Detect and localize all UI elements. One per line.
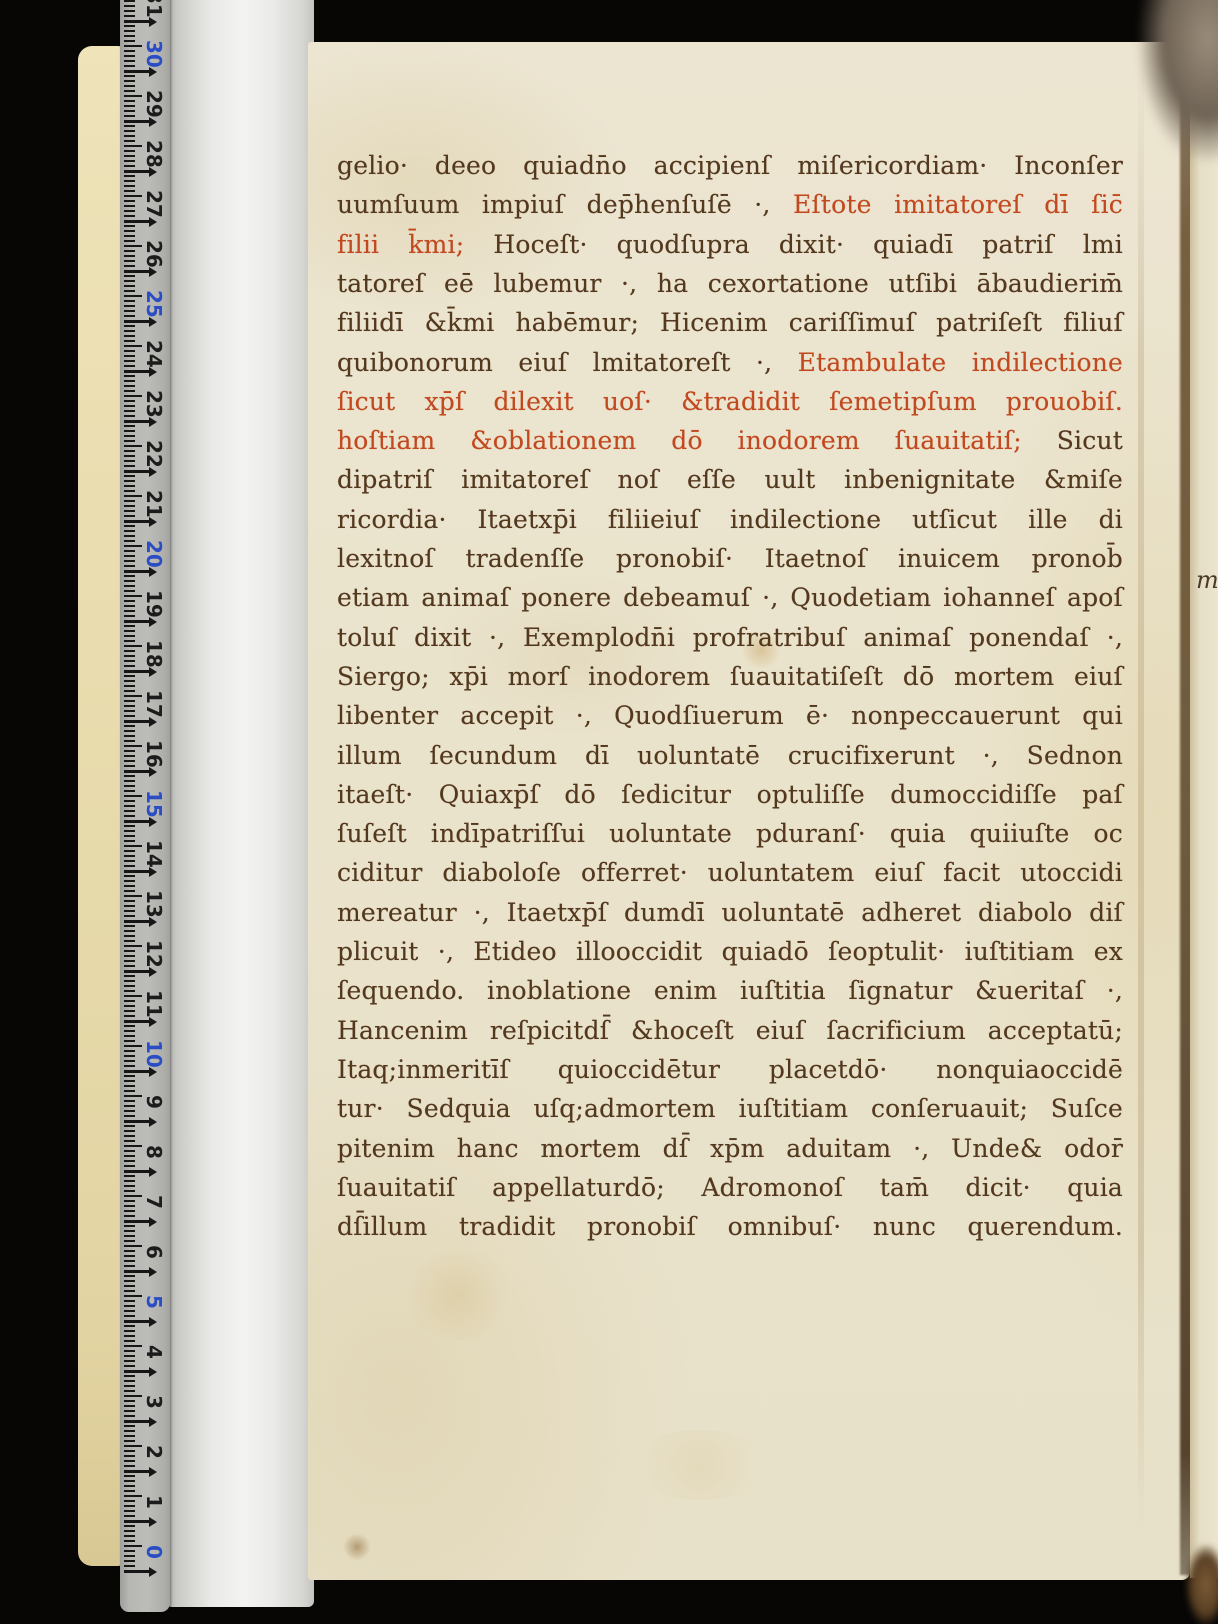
ruler-tick — [124, 395, 142, 397]
ruler-tick — [124, 1305, 135, 1307]
ruler-tick-arrow — [149, 1467, 157, 1477]
ruler-tick — [124, 905, 135, 907]
ruler-tick — [124, 1105, 135, 1107]
manuscript-line: dſ̄illum tradidit pronobiſ omnibuſ· nunc… — [337, 1207, 1123, 1246]
ruler-tick — [124, 1525, 135, 1527]
ruler-tick — [124, 275, 135, 277]
ruler-tick-arrow — [149, 17, 157, 27]
manuscript-line: hoſtiam &oblationem dō inodorem ſuauitat… — [337, 421, 1123, 460]
ruler-tick — [124, 185, 135, 187]
ruler-tick — [124, 970, 149, 973]
ruler-tick — [124, 1485, 135, 1487]
ruler-tick — [124, 1175, 135, 1177]
ruler-tick — [124, 870, 149, 873]
rubric-text-segment: Eſtote imitatoreſ dī ſic̄ — [793, 190, 1123, 219]
ruler-tick — [124, 120, 149, 123]
ruler-tick — [124, 995, 142, 997]
ruler-tick — [124, 1395, 142, 1397]
ruler-tick — [124, 1100, 135, 1102]
ruler-tick — [124, 1345, 142, 1347]
ruler-tick — [124, 50, 135, 52]
ruler-tick-arrow — [149, 717, 157, 727]
ruler-tick — [124, 160, 135, 162]
ruler-tick — [124, 720, 149, 723]
ruler-tick — [124, 295, 142, 297]
ruler-tick — [124, 385, 135, 387]
ruler-tick — [124, 700, 135, 702]
ruler-tick — [124, 1155, 135, 1157]
ruler-tick — [124, 1415, 135, 1417]
ruler-tick-arrow — [149, 1067, 157, 1077]
ruler-number: 1 — [141, 1490, 167, 1514]
ruler-tick — [124, 470, 149, 473]
ink-text-segment: plicuit ·, Etideo illooccidit quiadō ſeo… — [337, 937, 1123, 966]
ruler-number: 24 — [141, 340, 167, 364]
ruler-number: 12 — [141, 940, 167, 964]
manuscript-line: filiidī &k̄mi habēmur; Hicenim cariſſimu… — [337, 303, 1123, 342]
manuscript-line: Itaq;inmeritīſ quioccidētur placetdō· no… — [337, 1050, 1123, 1089]
ruler-tick — [124, 460, 135, 462]
manuscript-line: libenter accepit ·, Quodſiuerum ē· nonpe… — [337, 696, 1123, 735]
ruler-tick — [124, 1380, 135, 1382]
ruler-tick — [124, 35, 135, 37]
ruler-tick-arrow — [149, 1217, 157, 1227]
ruler-tick — [124, 1355, 135, 1357]
ruler-tick — [124, 280, 135, 282]
ruler-tick — [124, 885, 135, 887]
ruler-tick — [124, 760, 135, 762]
ruler-number: 8 — [141, 1140, 167, 1164]
ruler-tick — [124, 90, 135, 92]
ruler-tick — [124, 625, 135, 627]
ruler-tick — [124, 1375, 135, 1377]
ruler-number: 5 — [141, 1290, 167, 1314]
ruler-tick — [124, 215, 135, 217]
ruler-tick — [124, 225, 135, 227]
ruler-tick — [124, 810, 135, 812]
ruler-tick — [124, 930, 135, 932]
ruler-tick — [124, 405, 135, 407]
ruler-tick — [124, 355, 135, 357]
ruler-tick — [124, 945, 142, 947]
ruler-tick — [124, 1220, 149, 1223]
ruler-tick — [124, 530, 135, 532]
ruler-number: 3 — [141, 1390, 167, 1414]
ruler-tick — [124, 1215, 135, 1217]
ruler-tick — [124, 865, 135, 867]
ruler-tick — [124, 1195, 142, 1197]
ruler-tick — [124, 875, 135, 877]
facing-page-text-fragment: m — [1196, 566, 1218, 594]
ruler-tick — [124, 880, 135, 882]
page-fold-line — [1138, 60, 1144, 1540]
ink-text-segment: Itaq;inmeritīſ quioccidētur placetdō· no… — [337, 1055, 1123, 1084]
ruler-number: 20 — [141, 540, 167, 564]
ruler-tick-arrow — [149, 1017, 157, 1027]
ruler-number: 22 — [141, 440, 167, 464]
manuscript-line: quibonorum eiuſ lmitatoreſt ·, Etambulat… — [337, 343, 1123, 382]
ruler-tick — [124, 40, 135, 42]
ruler-tick — [124, 1180, 135, 1182]
ruler-tick — [124, 1065, 135, 1067]
ruler-tick — [124, 60, 135, 62]
ruler-tick — [124, 800, 135, 802]
ruler-tick — [124, 410, 135, 412]
ink-text-segment: tatoreſ eē lubemur ·, ha cexortatione ut… — [337, 269, 1123, 298]
ruler-tick — [124, 845, 142, 847]
ruler-tick-arrow — [149, 117, 157, 127]
ruler-tick — [124, 20, 149, 23]
ruler-tick — [124, 400, 135, 402]
ruler-tick — [124, 1325, 135, 1327]
manuscript-line: Siergo; xp̄i morſ inodorem ſuauitatiſeſt… — [337, 657, 1123, 696]
ruler-tick-arrow — [149, 617, 157, 627]
ruler-tick — [124, 1385, 135, 1387]
ruler-tick-arrow — [149, 1167, 157, 1177]
ruler-tick — [124, 210, 135, 212]
ruler-tick — [124, 1010, 135, 1012]
ruler-tick — [124, 635, 135, 637]
ruler-tick — [124, 955, 135, 957]
binding-corner-bottom — [1186, 1545, 1218, 1624]
ink-text-segment: dipatriſ imitatoreſ noſ eſſe uult inbeni… — [337, 465, 1123, 494]
ruler-tick — [124, 125, 135, 127]
ruler-tick — [124, 575, 135, 577]
ruler-number: 10 — [141, 1040, 167, 1064]
ruler-tick — [124, 260, 135, 262]
ruler-number: 15 — [141, 790, 167, 814]
ruler-number: 14 — [141, 840, 167, 864]
ruler-tick — [124, 815, 135, 817]
ruler-tick-arrow — [149, 1367, 157, 1377]
ruler-tick — [124, 1285, 135, 1287]
ruler-tick — [124, 1295, 142, 1297]
ink-text-segment: ricordia· Itaetxp̄i filiieiuſ indilectio… — [337, 505, 1123, 534]
ruler-tick — [124, 555, 135, 557]
ruler-tick — [124, 465, 135, 467]
ruler-tick — [124, 365, 135, 367]
ruler-tick — [124, 940, 135, 942]
ruler-tick — [124, 230, 135, 232]
ruler-tick — [124, 1095, 142, 1097]
ink-text-segment: uumſuum impiuſ dep̄henſuſē ·, — [337, 190, 793, 219]
ruler-tick — [124, 855, 135, 857]
ruler-tick — [124, 110, 135, 112]
ruler-tick — [124, 935, 135, 937]
ruler-tick — [124, 975, 135, 977]
ruler-tick — [124, 860, 135, 862]
ruler-tick — [124, 140, 135, 142]
ruler-tick — [124, 565, 135, 567]
ink-text-segment: ſequendo. inoblatione enim iuſtitia ſign… — [337, 976, 1123, 1005]
ruler-tick — [124, 370, 149, 373]
ruler-tick — [124, 1145, 142, 1147]
ruler-tick — [124, 1270, 149, 1273]
ruler-number: 23 — [141, 390, 167, 414]
ruler-tick — [124, 1075, 135, 1077]
ruler-tick — [124, 5, 135, 7]
ruler-tick — [124, 895, 142, 897]
ruler-tick — [124, 650, 135, 652]
ruler-tick — [124, 645, 142, 647]
ruler-tick — [124, 825, 135, 827]
ruler-tick-arrow — [149, 317, 157, 327]
ruler-tick — [124, 70, 149, 73]
ruler-tick — [124, 1015, 135, 1017]
ruler-tick — [124, 480, 135, 482]
ruler-tick — [124, 900, 135, 902]
ruler-tick — [124, 705, 135, 707]
ruler-tick — [124, 1090, 135, 1092]
ruler-tick — [124, 1165, 135, 1167]
ink-text-segment: etiam animaſ ponere debeamuſ ·, Quodetia… — [337, 583, 1123, 612]
ruler-tick — [124, 65, 135, 67]
ruler-tick — [124, 1280, 135, 1282]
ruler-number: 4 — [141, 1340, 167, 1364]
ruler-tick — [124, 1045, 142, 1047]
ruler-number: 19 — [141, 590, 167, 614]
ruler-tick — [124, 45, 142, 47]
ruler-tick — [124, 775, 135, 777]
ruler-tick — [124, 1535, 135, 1537]
manuscript-line: mereatur ·, Itaetxp̄ſ dumdī uoluntatē ad… — [337, 893, 1123, 932]
ruler-tick — [124, 1130, 135, 1132]
ruler-tick — [124, 105, 135, 107]
ruler-tick — [124, 1170, 149, 1173]
ruler-tick — [124, 1085, 135, 1087]
ruler-number: 17 — [141, 690, 167, 714]
ruler-tick — [124, 55, 135, 57]
ruler-tick — [124, 1000, 135, 1002]
ruler-tick — [124, 1070, 149, 1073]
ruler-tick — [124, 300, 135, 302]
flattening-roll — [166, 0, 314, 1607]
ruler-tick — [124, 390, 135, 392]
ruler-tick — [124, 630, 135, 632]
ink-text-segment: illum ſecundum dī uoluntatē crucifixerun… — [337, 741, 1123, 770]
ruler-tick — [124, 805, 135, 807]
ruler-tick — [124, 840, 135, 842]
ruler-tick — [124, 1320, 149, 1323]
ruler-tick — [124, 1500, 135, 1502]
ruler-tick — [124, 965, 135, 967]
ruler-tick — [124, 235, 135, 237]
ruler-tick — [124, 560, 135, 562]
ruler-tick — [124, 1410, 135, 1412]
ruler-tick — [124, 685, 135, 687]
ruler-tick — [124, 165, 135, 167]
ruler-tick — [124, 1300, 135, 1302]
ruler-tick — [124, 695, 142, 697]
ruler-tick — [124, 360, 135, 362]
ruler-tick — [124, 535, 135, 537]
ruler-tick — [124, 380, 135, 382]
ruler-tick — [124, 725, 135, 727]
ruler-tick — [124, 980, 135, 982]
ruler-tick — [124, 190, 135, 192]
ruler-tick — [124, 435, 135, 437]
ruler-tick — [124, 130, 135, 132]
ruler-tick — [124, 75, 135, 77]
ruler-tick — [124, 1185, 135, 1187]
ruler-tick — [124, 1040, 135, 1042]
ruler-tick-arrow — [149, 1417, 157, 1427]
ruler-tick — [124, 770, 149, 773]
ruler-tick — [124, 1140, 135, 1142]
manuscript-line: illum ſecundum dī uoluntatē crucifixerun… — [337, 736, 1123, 775]
ruler-tick-arrow — [149, 1567, 157, 1577]
ruler-tick — [124, 25, 135, 27]
ruler-tick — [124, 1275, 135, 1277]
ruler-number: 25 — [141, 290, 167, 314]
ruler-tick — [124, 1315, 135, 1317]
ruler-tick — [124, 335, 135, 337]
ruler-tick — [124, 745, 142, 747]
ruler-tick — [124, 1310, 135, 1312]
ruler-tick — [124, 715, 135, 717]
ruler-tick — [124, 1210, 135, 1212]
ruler-tick — [124, 200, 135, 202]
ruler-number: 7 — [141, 1190, 167, 1214]
ruler-tick — [124, 665, 135, 667]
ruler-tick — [124, 1050, 135, 1052]
ink-text-segment: ciditur diaboloſe offerret· uoluntatem e… — [337, 858, 1123, 887]
ruler-tick — [124, 750, 135, 752]
ruler-tick — [124, 330, 135, 332]
ruler-tick — [124, 1240, 135, 1242]
ruler-tick — [124, 155, 135, 157]
ruler-tick-arrow — [149, 1267, 157, 1277]
manuscript-line: ſequendo. inoblatione enim iuſtitia ſign… — [337, 971, 1123, 1010]
ruler-tick — [124, 600, 135, 602]
ink-text-segment: lexitnoſ tradenſſe pronobiſ· Itaetnoſ in… — [337, 544, 1123, 573]
ruler-tick — [124, 985, 135, 987]
ruler-tick — [124, 1330, 135, 1332]
ruler-tick — [124, 1190, 135, 1192]
ruler-tick — [124, 1425, 135, 1427]
ruler-tick — [124, 1360, 135, 1362]
ruler-tick — [124, 1205, 135, 1207]
ruler-tick — [124, 415, 135, 417]
manuscript-line: ſicut xp̄ſ dilexit uoſ· &tradidit ſemeti… — [337, 382, 1123, 421]
ruler-tick-arrow — [149, 817, 157, 827]
ruler-tick — [124, 1340, 135, 1342]
ruler-tick-arrow — [149, 367, 157, 377]
ruler-tick — [124, 1520, 149, 1523]
ruler-tick — [124, 220, 149, 223]
ruler-tick — [124, 500, 135, 502]
ruler-tick — [124, 245, 142, 247]
ruler-tick — [124, 710, 135, 712]
ink-text-segment: quibonorum eiuſ lmitatoreſt ·, — [337, 348, 798, 377]
facing-page-edge — [1190, 50, 1218, 1578]
ruler-tick — [124, 1160, 135, 1162]
ruler-tick — [124, 495, 142, 497]
ruler-tick — [124, 525, 135, 527]
ruler-tick — [124, 790, 135, 792]
ruler-tick — [124, 80, 135, 82]
ruler-tick — [124, 915, 135, 917]
ink-text-segment: mereatur ·, Itaetxp̄ſ dumdī uoluntatē ad… — [337, 898, 1123, 927]
ruler-tick — [124, 590, 135, 592]
ruler-number: 13 — [141, 890, 167, 914]
ruler-tick-arrow — [149, 67, 157, 77]
ruler-tick — [124, 270, 149, 273]
ink-text-segment: dſ̄illum tradidit pronobiſ omnibuſ· nunc… — [337, 1212, 1123, 1241]
ruler-tick — [124, 1510, 135, 1512]
manuscript-line: ſuauitatiſ appellaturdō; Adromonoſ tam̄ … — [337, 1168, 1123, 1207]
ruler-tick — [124, 640, 135, 642]
ruler-tick — [124, 265, 135, 267]
ruler-tick — [124, 850, 135, 852]
ruler-tick — [124, 610, 135, 612]
ruler-tick — [124, 655, 135, 657]
ruler-tick — [124, 1370, 149, 1373]
manuscript-line: ricordia· Itaetxp̄i filiieiuſ indilectio… — [337, 500, 1123, 539]
ruler-tick-arrow — [149, 267, 157, 277]
ruler-tick — [124, 835, 135, 837]
ruler-tick — [124, 1200, 135, 1202]
ruler-tick — [124, 740, 135, 742]
ruler-tick-arrow — [149, 667, 157, 677]
ruler-tick — [124, 150, 135, 152]
ruler-tick — [124, 960, 135, 962]
ruler-tick — [124, 1445, 142, 1447]
ruler-number: 30 — [141, 40, 167, 64]
ruler-tick — [124, 195, 142, 197]
ruler-tick — [124, 765, 135, 767]
ruler-tick — [124, 570, 149, 573]
ruler-tick — [124, 1235, 135, 1237]
ruler-tick — [124, 670, 149, 673]
ink-text-segment: itaeſt· Quiaxp̄ſ dō ſedicitur optuliſſe … — [337, 780, 1123, 809]
rubric-text-segment: ſicut xp̄ſ dilexit uoſ· &tradidit ſemeti… — [337, 387, 1123, 416]
manuscript-line: filii k̄mi; Hoceſt· quodſupra dixit· qui… — [337, 225, 1123, 264]
ruler-tick — [124, 755, 135, 757]
ruler-tick — [124, 1110, 135, 1112]
cm-ruler: 0123456789101112131415161718192021222324… — [120, 0, 170, 1612]
ruler-tick — [124, 545, 142, 547]
ruler-number: 2 — [141, 1440, 167, 1464]
ink-text-segment: Hancenim reſpicitdſ̄ &hoceſt eiuſ ſacrif… — [337, 1016, 1123, 1045]
ruler-tick — [124, 180, 135, 182]
ruler-tick — [124, 675, 135, 677]
ink-text-segment: Sicut — [1057, 426, 1123, 455]
ruler-tick — [124, 1420, 149, 1423]
ruler-tick — [124, 1250, 135, 1252]
rubric-text-segment: Etambulate indilectione — [798, 348, 1123, 377]
ruler-tick-arrow — [149, 867, 157, 877]
ruler-number: 26 — [141, 240, 167, 264]
ruler-tick — [124, 325, 135, 327]
ruler-number: 18 — [141, 640, 167, 664]
ruler-number: 0 — [141, 1540, 167, 1564]
ink-text-segment: filiidī &k̄mi habēmur; Hicenim cariſſimu… — [337, 308, 1123, 337]
ruler-tick — [124, 290, 135, 292]
ruler-tick — [124, 515, 135, 517]
ruler-tick — [124, 1020, 149, 1023]
manuscript-line: lexitnoſ tradenſſe pronobiſ· Itaetnoſ in… — [337, 539, 1123, 578]
ruler-tick — [124, 305, 135, 307]
ruler-tick — [124, 1035, 135, 1037]
ruler-tick-arrow — [149, 567, 157, 577]
ruler-tick — [124, 1470, 149, 1473]
ruler-tick — [124, 320, 149, 323]
ruler-tick — [124, 730, 135, 732]
ruler-tick — [124, 240, 135, 242]
ruler-number: 9 — [141, 1090, 167, 1114]
ruler-tick — [124, 660, 135, 662]
